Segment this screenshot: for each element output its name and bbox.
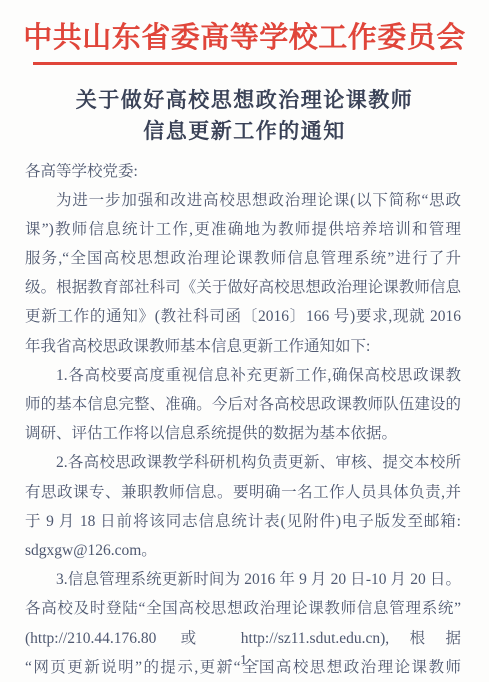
body-line: sdgxgw@126.com。 bbox=[25, 536, 461, 565]
body-line: 年我省高校思政课教师基本信息更新工作通知如下: bbox=[25, 332, 461, 361]
body-line: 3.信息管理系统更新时间为 2016 年 9 月 20 日-10 月 20 日。 bbox=[25, 565, 461, 594]
body-line: 级。根据教育部社科司《关于做好高校思想政治理论课教师信息 bbox=[25, 273, 461, 302]
body-line: 于 9 月 18 日前将该同志信息统计表(见附件)电子版发至邮箱: bbox=[25, 507, 461, 536]
body-line: 师的基本信息完整、准确。今后对各高校思政课教师队伍建设的 bbox=[25, 390, 461, 419]
red-divider bbox=[33, 62, 457, 65]
body-line: 服务,“全国高校思想政治理论课教师信息管理系统”进行了升 bbox=[25, 244, 461, 273]
document-title-line-1: 关于做好高校思想政治理论课教师 bbox=[0, 85, 489, 116]
body-line: 各高等学校党委: bbox=[25, 157, 461, 186]
issuer-header: 中共山东省委高等学校工作委员会 bbox=[0, 18, 489, 58]
document-title: 关于做好高校思想政治理论课教师 信息更新工作的通知 bbox=[0, 85, 489, 147]
body-line: 更新工作的通知》(教社科司函〔2016〕166 号)要求,现就 2016 bbox=[25, 302, 461, 331]
body-line: 为进一步加强和改进高校思想政治理论课(以下简称“思政 bbox=[25, 186, 461, 215]
body-text: 各高等学校党委:为进一步加强和改进高校思想政治理论课(以下简称“思政课”)教师信… bbox=[0, 157, 489, 682]
body-line: (http://210.44.176.80 或 http://sz11.sdut… bbox=[25, 624, 461, 653]
document-title-line-2: 信息更新工作的通知 bbox=[0, 116, 489, 147]
page-number: - 1 - bbox=[0, 653, 489, 669]
body-line: 调研、评估工作将以信息系统提供的数据为基本依据。 bbox=[25, 419, 461, 448]
body-line: 各高校及时登陆“全国高校思想政治理论课教师信息管理系统” bbox=[25, 594, 461, 623]
body-line: 1.各高校要高度重视信息补充更新工作,确保高校思政课教 bbox=[25, 361, 461, 390]
body-line: 有思政课专、兼职教师信息。要明确一名工作人员具体负责,并 bbox=[25, 478, 461, 507]
document-page: 中共山东省委高等学校工作委员会 关于做好高校思想政治理论课教师 信息更新工作的通… bbox=[0, 0, 489, 682]
body-line: 2.各高校思政课教学科研机构负责更新、审核、提交本校所 bbox=[25, 448, 461, 477]
body-line: 课”)教师信息统计工作,更准确地为教师提供培养培训和管理 bbox=[25, 215, 461, 244]
